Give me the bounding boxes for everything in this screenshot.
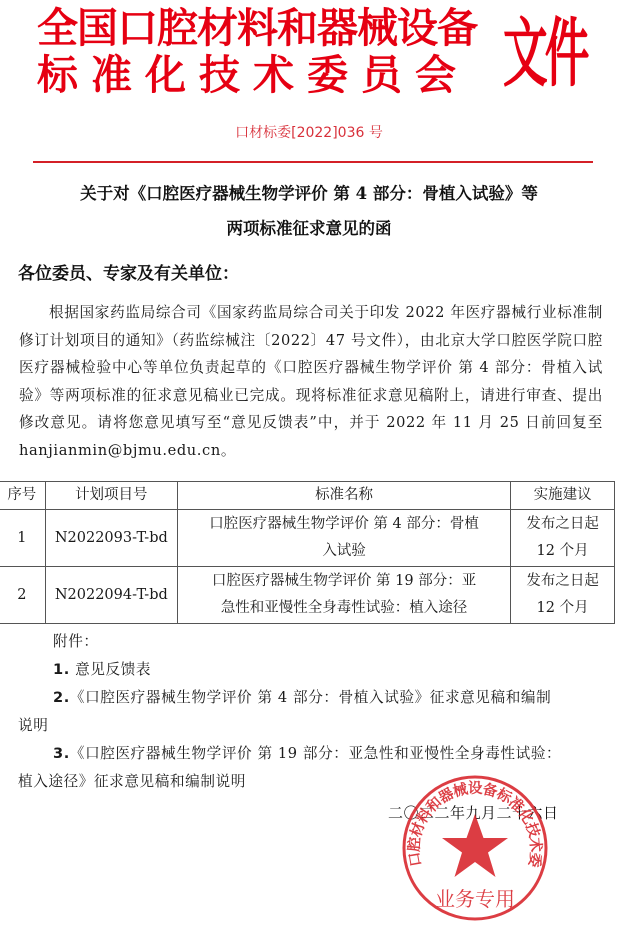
table-row: 1 N2022093-T-bd 口腔医疗器械生物学评价 第 4 部分：骨植入试验… (0, 510, 615, 567)
annex-item-3: 3.《口腔医疗器械生物学评价 第 19 部分：亚急性和亚慢性全身毒性试验： (53, 741, 561, 767)
cell-project-no: N2022094-T-bd (45, 567, 177, 624)
cell-project-no: N2022093-T-bd (45, 510, 177, 567)
cell-suggestion: 发布之日起 12 个月 (511, 510, 615, 567)
letter-title-line1: 关于对《口腔医疗器械生物学评价 第 4 部分：骨植入试验》等 (0, 181, 618, 207)
annex-item-2: 2.《口腔医疗器械生物学评价 第 4 部分：骨植入试验》征求意见稿和编制 (53, 685, 551, 711)
table-header-row: 序号 计划项目号 标准名称 实施建议 (0, 482, 615, 510)
col-header-no: 序号 (0, 482, 45, 510)
suggestion-line1: 发布之日起 (515, 511, 610, 538)
standards-table: 序号 计划项目号 标准名称 实施建议 1 N2022093-T-bd 口腔医疗器… (0, 481, 615, 624)
letter-title-line2: 两项标准征求意见的函 (0, 216, 618, 242)
suggestion-line2: 12 个月 (515, 595, 610, 622)
doc-type-label: 文件 (503, 0, 571, 109)
annex-item-number: 2. (53, 689, 70, 706)
cell-standard-name: 口腔医疗器械生物学评价 第 19 部分：亚急性和亚慢性全身毒性试验：植入途径 (177, 567, 510, 624)
annex-label: 附件： (53, 629, 99, 655)
col-header-suggestion: 实施建议 (511, 482, 615, 510)
annex-item-text: 意见反馈表 (70, 661, 151, 678)
col-header-project-no: 计划项目号 (45, 482, 177, 510)
star-icon (442, 814, 508, 877)
org-name-line1: 全国口腔材料和器械设备 (37, 5, 497, 51)
cell-no: 1 (0, 510, 45, 567)
annex-item-number: 3. (53, 745, 70, 762)
seal-bottom-text: 业务专用 (435, 887, 515, 911)
annex-item-3-continued: 植入途径》征求意见稿和编制说明 (18, 769, 246, 795)
suggestion-line2: 12 个月 (515, 538, 610, 565)
annex-item-text: 《口腔医疗器械生物学评价 第 19 部分：亚急性和亚慢性全身毒性试验： (70, 745, 561, 762)
col-header-standard-name: 标准名称 (177, 482, 510, 510)
suggestion-line1: 发布之日起 (515, 568, 610, 595)
red-divider (33, 161, 593, 163)
annex-item-1: 1. 意见反馈表 (53, 657, 151, 683)
annex-item-text: 《口腔医疗器械生物学评价 第 4 部分：骨植入试验》征求意见稿和编制 (70, 689, 551, 706)
salutation: 各位委员、专家及有关单位： (18, 260, 239, 288)
annex-item-2-continued: 说明 (18, 713, 48, 739)
annex-item-number: 1. (53, 661, 70, 678)
body-paragraph: 根据国家药监局综合司《国家药监局综合司关于印发 2022 年医疗器械行业标准制修… (19, 299, 603, 465)
document-number: 口材标委[2022]036 号 (0, 122, 618, 144)
cell-no: 2 (0, 567, 45, 624)
cell-standard-name: 口腔医疗器械生物学评价 第 4 部分：骨植入试验 (177, 510, 510, 567)
org-name-line2: 标准化技术委员会 (37, 52, 497, 98)
table-row: 2 N2022094-T-bd 口腔医疗器械生物学评价 第 19 部分：亚急性和… (0, 567, 615, 624)
official-seal-icon: 全国口腔材料和器械设备标准化技术委员会 业务专用 (401, 774, 549, 922)
cell-suggestion: 发布之日起 12 个月 (511, 567, 615, 624)
